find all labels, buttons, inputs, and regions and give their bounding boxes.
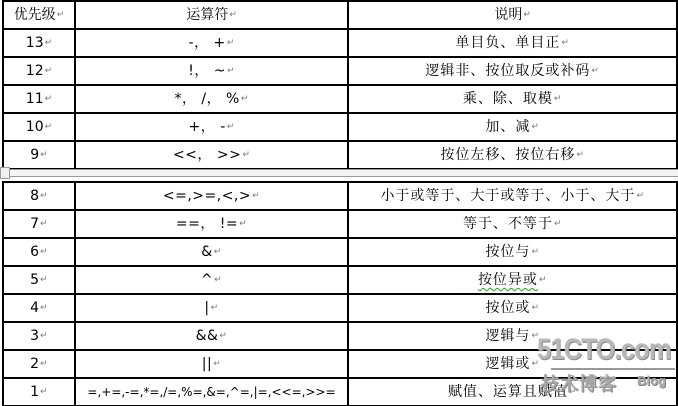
table-row: 11↵ *， /， %↵ 乘、除、取模↵ [3, 85, 677, 113]
table-row: 2↵ ||↵ 逻辑或↵ [3, 350, 677, 378]
description-cell[interactable]: 逻辑与↵ [348, 322, 677, 350]
table-row: 9↵ <<， >>↵ 按位左移、按位右移↵ [3, 141, 677, 169]
operator-cell[interactable]: &↵ [75, 238, 349, 266]
table-row: 13↵ -， +↵ 单目负、单目正↵ [3, 29, 677, 57]
paragraph-mark-icon: ↵ [45, 94, 53, 104]
header-priority[interactable]: 优先级↵ [3, 1, 75, 29]
priority-cell[interactable]: 5↵ [3, 266, 75, 294]
operator-cell[interactable]: &&↵ [75, 322, 349, 350]
table-split-bar[interactable] [0, 169, 678, 177]
header-operator[interactable]: 运算符↵ [75, 1, 348, 29]
paragraph-mark-icon: ↵ [252, 191, 260, 201]
paragraph-mark-icon: ↵ [531, 122, 540, 132]
paragraph-mark-icon: ↵ [531, 331, 540, 341]
paragraph-mark-icon: ↵ [591, 66, 600, 76]
paragraph-mark-icon: ↵ [214, 247, 222, 257]
paragraph-mark-icon: ↵ [57, 10, 65, 20]
table-row: 4↵ |↵ 按位或↵ [3, 294, 677, 322]
operator-cell[interactable]: =,+=,-=,*=,/=,%=,&=,^=,|=,<<=,>>= [75, 378, 349, 406]
paragraph-mark-icon: ↵ [214, 275, 222, 285]
priority-cell[interactable]: 3↵ [3, 322, 75, 350]
paragraph-mark-icon: ↵ [539, 275, 548, 285]
paragraph-mark-icon: ↵ [227, 38, 235, 48]
header-row: 优先级↵ 运算符↵ 说明↵ [3, 1, 677, 29]
paragraph-mark-icon: ↵ [45, 38, 53, 48]
paragraph-mark-icon: ↵ [40, 359, 48, 369]
paragraph-mark-icon: ↵ [40, 331, 48, 341]
paragraph-mark-icon: ↵ [45, 66, 53, 76]
description-cell[interactable]: 按位或↵ [348, 294, 677, 322]
paragraph-mark-icon: ↵ [40, 219, 48, 229]
operator-cell[interactable]: *， /， %↵ [75, 85, 348, 113]
table-row: 1↵ =,+=,-=,*=,/=,%=,&=,^=,|=,<<=,>>= 赋值、… [3, 378, 677, 406]
priority-cell[interactable]: 1↵ [3, 378, 75, 406]
priority-cell[interactable]: 9↵ [3, 141, 75, 169]
description-cell[interactable]: 小于或等于、大于或等于、小于、大于↵ [348, 182, 677, 210]
paragraph-mark-icon: ↵ [213, 359, 221, 369]
operator-table-bottom: 8↵ <=,>=,<,>↵ 小于或等于、大于或等于、小于、大于↵ 7↵ ==， … [2, 181, 678, 406]
paragraph-mark-icon: ↵ [561, 38, 570, 48]
paragraph-mark-icon: ↵ [40, 275, 48, 285]
paragraph-mark-icon: ↵ [219, 331, 227, 341]
operator-cell[interactable]: !， ~↵ [75, 57, 348, 85]
paragraph-mark-icon: ↵ [40, 303, 48, 313]
paragraph-mark-icon: ↵ [554, 219, 563, 229]
operator-cell[interactable]: +， -↵ [75, 113, 348, 141]
description-cell[interactable]: 逻辑或↵ [348, 350, 677, 378]
table-row: 7↵ ==， !=↵ 等于、不等于↵ [3, 210, 677, 238]
paragraph-mark-icon: ↵ [531, 303, 540, 313]
priority-cell[interactable]: 11↵ [3, 85, 75, 113]
paragraph-mark-icon: ↵ [531, 247, 540, 257]
paragraph-mark-icon: ↵ [229, 10, 237, 20]
table-row: 12↵ !， ~↵ 逻辑非、按位取反或补码↵ [3, 57, 677, 85]
operator-cell[interactable]: ||↵ [75, 350, 349, 378]
paragraph-mark-icon: ↵ [40, 247, 48, 257]
paragraph-mark-icon: ↵ [40, 150, 48, 160]
spellcheck-underlined-text: 按位异或 [478, 272, 538, 288]
paragraph-mark-icon: ↵ [40, 387, 48, 397]
description-cell[interactable]: 加、减↵ [348, 113, 677, 141]
description-cell[interactable]: 赋值、运算且赋值↵ [348, 378, 677, 406]
paragraph-mark-icon: ↵ [242, 150, 250, 160]
priority-cell[interactable]: 7↵ [3, 210, 75, 238]
priority-cell[interactable]: 4↵ [3, 294, 75, 322]
operator-cell[interactable]: -， +↵ [75, 29, 348, 57]
operator-cell[interactable]: <=,>=,<,>↵ [75, 182, 349, 210]
paragraph-mark-icon: ↵ [239, 219, 247, 229]
split-handle-icon[interactable] [0, 167, 10, 179]
paragraph-mark-icon: ↵ [554, 94, 563, 104]
description-cell[interactable]: 按位异或↵ [348, 266, 677, 294]
table-row: 6↵ &↵ 按位与↵ [3, 238, 677, 266]
paragraph-mark-icon: ↵ [40, 191, 48, 201]
paragraph-mark-icon: ↵ [531, 359, 540, 369]
description-cell[interactable]: 按位左移、按位右移↵ [348, 141, 677, 169]
priority-cell[interactable]: 6↵ [3, 238, 75, 266]
operator-cell[interactable]: |↵ [75, 294, 349, 322]
paragraph-mark-icon: ↵ [576, 150, 585, 160]
table-row: 5↵ ^↵ 按位异或↵ [3, 266, 677, 294]
operator-cell[interactable]: <<， >>↵ [75, 141, 348, 169]
description-cell[interactable]: 按位与↵ [348, 238, 677, 266]
paragraph-mark-icon: ↵ [569, 387, 578, 397]
priority-cell[interactable]: 2↵ [3, 350, 75, 378]
table-row: 3↵ &&↵ 逻辑与↵ [3, 322, 677, 350]
description-cell[interactable]: 单目负、单目正↵ [348, 29, 677, 57]
description-cell[interactable]: 等于、不等于↵ [348, 210, 677, 238]
priority-cell[interactable]: 10↵ [3, 113, 75, 141]
operator-cell[interactable]: ^↵ [75, 266, 349, 294]
paragraph-mark-icon: ↵ [523, 10, 531, 20]
operator-cell[interactable]: ==， !=↵ [75, 210, 349, 238]
header-description[interactable]: 说明↵ [348, 1, 677, 29]
paragraph-mark-icon: ↵ [241, 94, 249, 104]
description-cell[interactable]: 逻辑非、按位取反或补码↵ [348, 57, 677, 85]
paragraph-mark-icon: ↵ [227, 66, 235, 76]
paragraph-mark-icon: ↵ [211, 303, 219, 313]
description-cell[interactable]: 乘、除、取模↵ [348, 85, 677, 113]
table-row: 10↵ +， -↵ 加、减↵ [3, 113, 677, 141]
priority-cell[interactable]: 13↵ [3, 29, 75, 57]
priority-cell[interactable]: 8↵ [3, 182, 75, 210]
table-row: 8↵ <=,>=,<,>↵ 小于或等于、大于或等于、小于、大于↵ [3, 182, 677, 210]
operator-table-top: 优先级↵ 运算符↵ 说明↵ 13↵ -， +↵ 单目负、单目正↵ 12↵ !， … [2, 0, 678, 170]
priority-cell[interactable]: 12↵ [3, 57, 75, 85]
paragraph-mark-icon: ↵ [227, 122, 235, 132]
paragraph-mark-icon: ↵ [45, 122, 53, 132]
paragraph-mark-icon: ↵ [636, 191, 645, 201]
